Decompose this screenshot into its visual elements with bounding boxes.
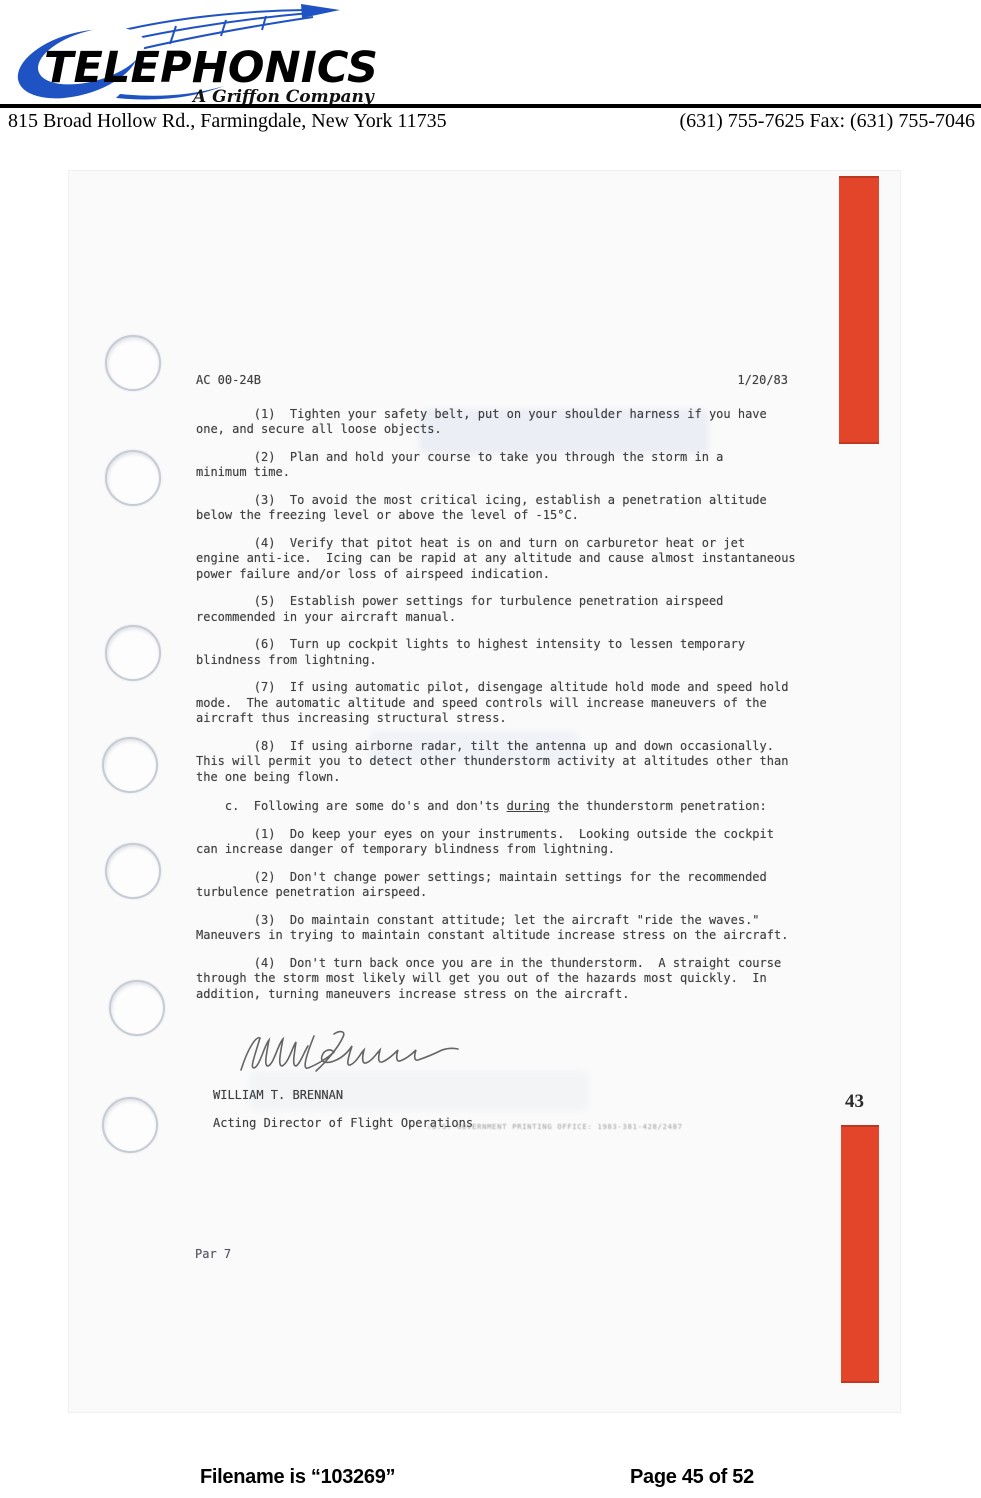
punch-hole [105, 450, 161, 506]
paragraph-c3: (3) Do maintain constant attitude; let t… [196, 913, 816, 944]
paragraph-4: (4) Verify that pitot heat is on and tur… [196, 536, 816, 583]
paragraph-6: (6) Turn up cockpit lights to highest in… [196, 637, 816, 668]
punch-hole [105, 843, 161, 899]
paragraph-8: (8) If using airborne radar, tilt the an… [196, 739, 816, 786]
paragraph-5: (5) Establish power settings for turbule… [196, 594, 816, 625]
punch-hole [105, 625, 161, 681]
scanned-page: AC 00-24B 1/20/83 (1) Tighten your safet… [68, 170, 901, 1413]
footer-filename: Filename is “103269” [200, 1466, 395, 1489]
red-margin-bar-top [839, 176, 879, 444]
letterhead-phone-fax: (631) 755-7625 Fax: (631) 755-7046 [679, 110, 975, 133]
punch-hole [102, 1097, 158, 1153]
scan-page-number: 43 [845, 1091, 864, 1113]
paragraph-3: (3) To avoid the most critical icing, es… [196, 493, 816, 524]
punch-hole [109, 980, 165, 1036]
handwritten-signature [236, 1028, 476, 1076]
c-heading-post: the thunderstorm penetration: [550, 799, 767, 813]
punch-hole [102, 737, 158, 793]
gpo-printing-line: ☆U.S. GOVERNMENT PRINTING OFFICE: 1983-3… [427, 1123, 683, 1131]
paragraph-1: (1) Tighten your safety belt, put on you… [196, 407, 816, 438]
telephonics-logo: TELEPHONICS A Griffon Company [8, 2, 408, 108]
letterhead-address: 815 Broad Hollow Rd., Farmingdale, New Y… [8, 110, 447, 133]
red-margin-bar-bottom [841, 1125, 879, 1383]
paragraph-7: (7) If using automatic pilot, disengage … [196, 680, 816, 727]
paragraph-reference: Par 7 [195, 1247, 231, 1261]
paragraph-c4: (4) Don't turn back once you are in the … [196, 956, 816, 1003]
typewritten-text-block: AC 00-24B 1/20/83 (1) Tighten your safet… [196, 361, 816, 1131]
logo-brand-text: TELEPHONICS [44, 43, 376, 93]
signer-name: WILLIAM T. BRENNAN [196, 1088, 816, 1104]
c-heading-pre: c. Following are some do's and don'ts [196, 799, 507, 813]
logo-arrowhead-icon [301, 4, 340, 18]
c-heading-underlined-word: during [507, 799, 550, 813]
paragraph-2: (2) Plan and hold your course to take yo… [196, 450, 816, 481]
footer-page-indicator: Page 45 of 52 [630, 1466, 754, 1489]
document-number: AC 00-24B [196, 373, 261, 389]
paragraph-c2: (2) Don't change power settings; maintai… [196, 870, 816, 901]
letterhead-rule [0, 104, 981, 108]
punch-hole [105, 335, 161, 391]
document-date: 1/20/83 [737, 373, 788, 389]
logo-graphic: TELEPHONICS A Griffon Company [8, 2, 408, 108]
paragraph-c-heading: c. Following are some do's and don'ts du… [196, 799, 816, 815]
document-header-row: AC 00-24B 1/20/83 [196, 373, 788, 389]
letterhead-contact-row: 815 Broad Hollow Rd., Farmingdale, New Y… [0, 110, 981, 133]
paragraph-c1: (1) Do keep your eyes on your instrument… [196, 827, 816, 858]
